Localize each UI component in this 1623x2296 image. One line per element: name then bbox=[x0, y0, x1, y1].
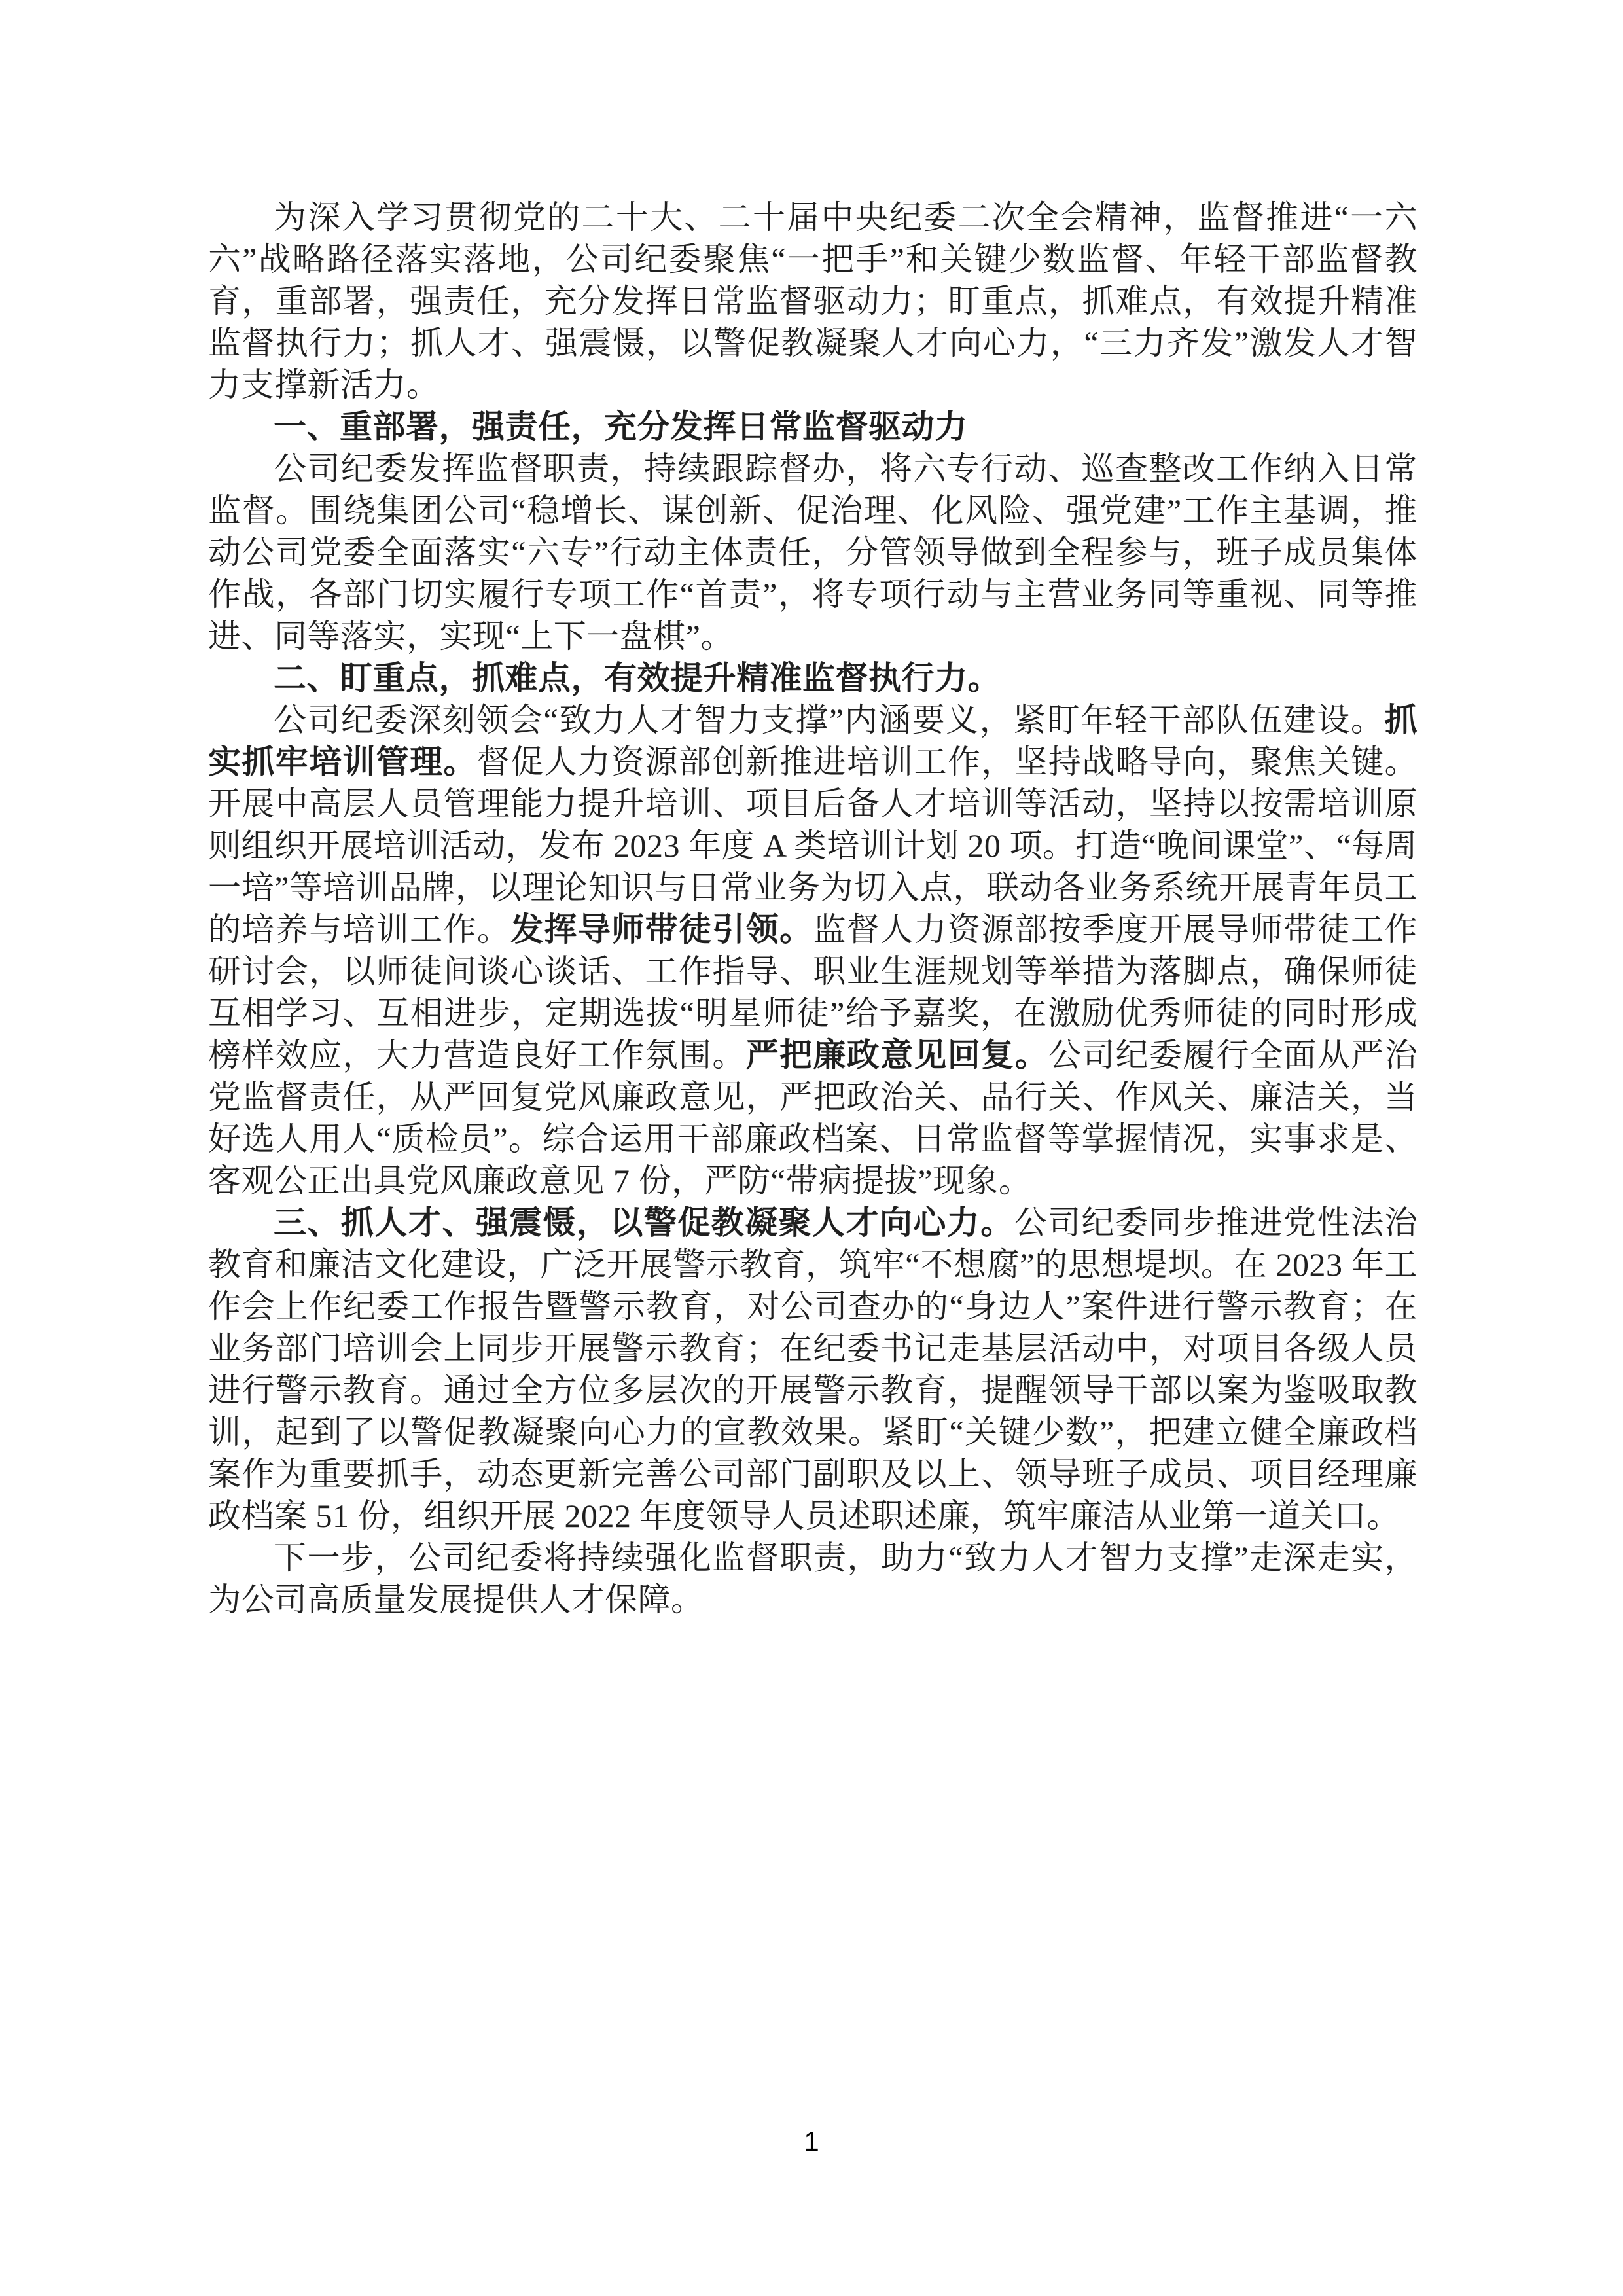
document-body: 为深入学习贯彻党的二十大、二十届中央纪委二次全会精神，监督推进“一六六”战略路径… bbox=[208, 196, 1418, 1621]
text-run: 公司纪委发挥监督职责，持续跟踪督办，将六专行动、巡查整改工作纳入日常监督。围绕集… bbox=[208, 450, 1418, 655]
paragraph: 三、抓人才、强震慑，以警促教凝聚人才向心力。公司纪委同步推进党性法治教育和廉洁文… bbox=[208, 1202, 1418, 1537]
bold-text-run: 三、抓人才、强震慑，以警促教凝聚人才向心力。 bbox=[274, 1204, 1014, 1241]
bold-text-run: 发挥导师带徒引领。 bbox=[510, 911, 813, 948]
bold-text-run: 二、盯重点，抓难点，有效提升精准监督执行力。 bbox=[274, 660, 1001, 696]
paragraph: 公司纪委发挥监督职责，持续跟踪督办，将六专行动、巡查整改工作纳入日常监督。围绕集… bbox=[208, 448, 1418, 657]
paragraph: 为深入学习贯彻党的二十大、二十届中央纪委二次全会精神，监督推进“一六六”战略路径… bbox=[208, 196, 1418, 406]
section-heading: 二、盯重点，抓难点，有效提升精准监督执行力。 bbox=[208, 657, 1418, 699]
section-heading: 一、重部署，强责任，充分发挥日常监督驱动力 bbox=[208, 406, 1418, 448]
text-run: 公司纪委同步推进党性法治教育和廉洁文化建设，广泛开展警示教育，筑牢“不想腐”的思… bbox=[208, 1204, 1418, 1534]
text-run: 公司纪委深刻领会“致力人才智力支撑”内涵要义，紧盯年轻干部队伍建设。 bbox=[274, 702, 1385, 738]
paragraph: 公司纪委深刻领会“致力人才智力支撑”内涵要义，紧盯年轻干部队伍建设。抓实抓牢培训… bbox=[208, 699, 1418, 1202]
bold-text-run: 一、重部署，强责任，充分发挥日常监督驱动力 bbox=[274, 408, 968, 445]
page-number: 1 bbox=[0, 2126, 1623, 2157]
bold-text-run: 严把廉政意见回复。 bbox=[746, 1037, 1048, 1073]
text-run: 为深入学习贯彻党的二十大、二十届中央纪委二次全会精神，监督推进“一六六”战略路径… bbox=[208, 199, 1418, 403]
document-page: 为深入学习贯彻党的二十大、二十届中央纪委二次全会精神，监督推进“一六六”战略路径… bbox=[0, 0, 1623, 2296]
paragraph: 下一步，公司纪委将持续强化监督职责，助力“致力人才智力支撑”走深走实，为公司高质… bbox=[208, 1537, 1418, 1621]
text-run: 下一步，公司纪委将持续强化监督职责，助力“致力人才智力支撑”走深走实，为公司高质… bbox=[208, 1539, 1418, 1618]
